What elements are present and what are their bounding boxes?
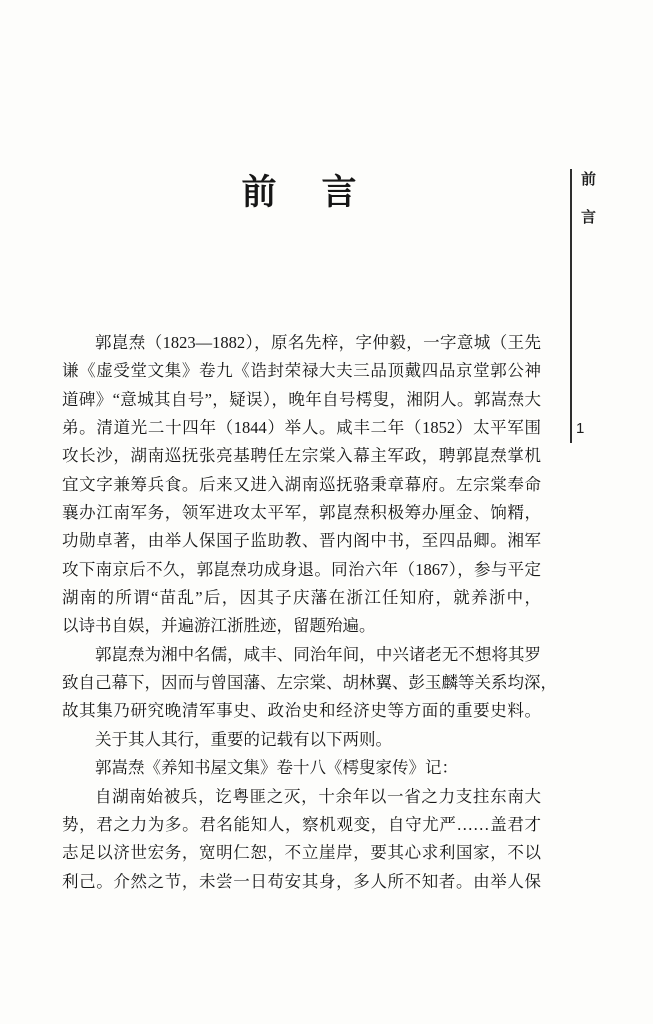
page-number: 1 (576, 420, 584, 437)
page-title: 前 言 (62, 165, 541, 215)
text-line: 襄办江南军务，领军进攻太平军，郭崑焘积极筹办厘金、饷糈， (62, 499, 541, 527)
text-line: 志足以济世宏务，宽明仁恕，不立崖岸，要其心求利国家，不以 (62, 839, 541, 867)
margin-rule (570, 169, 572, 443)
text-line: 道碑》“意城其自号”，疑误），晚年自号樗叟，湘阴人。郭嵩焘大 (62, 386, 541, 414)
text-line: 自湖南始被兵，讫粤匪之灭，十余年以一省之力支拄东南大 (62, 783, 541, 811)
text-line: 宜文字兼筹兵食。后来又进入湖南巡抚骆秉章幕府。左宗棠奉命 (62, 471, 541, 499)
book-page: 前 言 郭崑焘（1823—1882），原名先梓，字仲毅，一字意城（王先谦《虚受堂… (0, 0, 653, 1024)
text-line: 致自己幕下，因而与曾国藩、左宗棠、胡林翼、彭玉麟等关系均深， (62, 669, 541, 697)
text-line: 湖南的所谓“苗乱”后，因其子庆藩在浙江任知府，就养浙中， (62, 584, 541, 612)
text-line: 势，君之力为多。君名能知人，察机观变，自守尤严……盖君才 (62, 811, 541, 839)
text-line: 关于其人其行，重要的记载有以下两则。 (62, 726, 541, 754)
text-line: 利己。介然之节，未尝一日苟安其身，多人所不知者。由举人保 (62, 868, 541, 896)
body-text: 郭崑焘（1823—1882），原名先梓，字仲毅，一字意城（王先谦《虚受堂文集》卷… (62, 329, 541, 896)
text-line: 郭嵩焘《养知书屋文集》卷十八《樗叟家传》记： (62, 754, 541, 782)
text-line: 故其集乃研究晚清军事史、政治史和经济史等方面的重要史料。 (62, 697, 541, 725)
text-line: 功勋卓著，由举人保国子监助教、晋内阁中书，至四品卿。湘军 (62, 527, 541, 555)
text-line: 郭崑焘为湘中名儒，咸丰、同治年间，中兴诸老无不想将其罗 (62, 641, 541, 669)
running-head-vertical: 前言 (577, 171, 598, 247)
text-line: 以诗书自娱，并遍游江浙胜迹，留题殆遍。 (62, 612, 541, 640)
text-line: 郭崑焘（1823—1882），原名先梓，字仲毅，一字意城（王先 (62, 329, 541, 357)
text-line: 攻长沙，湖南巡抚张亮基聘任左宗棠入幕主军政，聘郭崑焘掌机 (62, 442, 541, 470)
text-line: 谦《虚受堂文集》卷九《诰封荣禄大夫三品顶戴四品京堂郭公神 (62, 357, 541, 385)
text-line: 攻下南京后不久，郭崑焘功成身退。同治六年（1867），参与平定 (62, 556, 541, 584)
text-line: 弟。清道光二十四年（1844）举人。咸丰二年（1852）太平军围 (62, 414, 541, 442)
